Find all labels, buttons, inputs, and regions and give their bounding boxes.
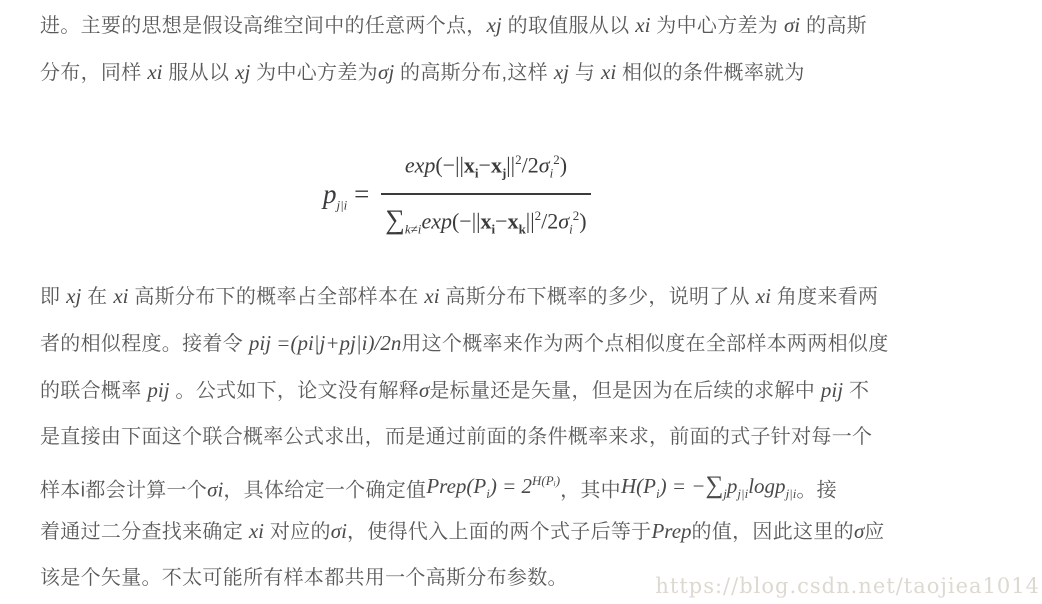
text-segment: k xyxy=(519,221,526,236)
text-segment: (−|| xyxy=(435,152,464,177)
text-segment: ) xyxy=(560,152,567,177)
text-segment: σj xyxy=(378,60,394,84)
paragraph-main: 即 xj 在 xi 高斯分布下的概率占全部样本在 xi 高斯分布下概率的多少，说… xyxy=(40,273,980,602)
text-segment: σi xyxy=(331,519,347,543)
text-segment: σ xyxy=(419,378,429,402)
text-line: 分布，同样 xi 服从以 xj 为中心方差为σj 的高斯分布,这样 xj 与 x… xyxy=(40,49,980,96)
text-segment: xi xyxy=(424,284,439,308)
text-segment: 与 xyxy=(569,62,601,84)
text-segment: 用这个概率来作为两个点相似度在全部样本两两相似度 xyxy=(401,333,888,355)
text-segment: p xyxy=(323,179,337,209)
text-segment: σ xyxy=(558,208,569,233)
text-segment: xi xyxy=(147,60,162,84)
text-line: 进。主要的思想是假设高维空间中的任意两个点，xj 的取值服从以 xi 为中心方差… xyxy=(40,2,980,49)
text-segment: pij xyxy=(147,378,169,402)
text-segment: 的值，因此这里的 xyxy=(692,521,854,543)
text-segment: 着通过二分查找来确定 xyxy=(40,521,249,543)
text-segment: 者的相似程度。接着令 xyxy=(40,333,249,355)
formula-lhs: pj|i = xyxy=(323,179,369,213)
text-segment: ∑ xyxy=(705,472,723,499)
text-line: 即 xj 在 xi 高斯分布下的概率占全部样本在 xi 高斯分布下概率的多少，说… xyxy=(40,273,980,320)
formula-numerator: exp(−||xi−xj||2/2σi2) xyxy=(395,144,577,193)
text-segment: 样本i都会计算一个 xyxy=(40,480,207,502)
text-segment: 的高斯 xyxy=(800,15,867,37)
text-line: 的联合概率 pij 。公式如下，论文没有解释σ是标量还是矢量，但是因为在后续的求… xyxy=(40,367,980,414)
formula-fraction: exp(−||xi−xj||2/2σi2) ∑k≠iexp(−||xi−xk||… xyxy=(381,144,590,247)
text-segment: ，其中 xyxy=(560,480,621,502)
text-segment: p xyxy=(727,474,738,498)
text-segment: 。接 xyxy=(796,480,837,502)
text-segment: ) = − xyxy=(660,474,706,498)
text-segment: 进。主要的思想是假设高维空间中的任意两个点， xyxy=(40,15,487,37)
text-segment: x xyxy=(464,152,475,177)
text-segment: xi xyxy=(249,519,264,543)
text-segment: xi xyxy=(601,60,616,84)
text-segment: i xyxy=(569,221,573,236)
text-segment: 高斯分布下概率的多少，说明了从 xyxy=(440,286,756,308)
text-segment: j|i xyxy=(737,486,748,501)
text-segment: 角度来看两 xyxy=(771,286,878,308)
text-segment: σi xyxy=(207,478,223,502)
text-segment: 对应的 xyxy=(264,521,331,543)
text-segment: 。公式如下，论文没有解释 xyxy=(170,380,419,402)
text-segment: ) xyxy=(579,208,586,233)
text-segment: 是直接由下面这个联合概率公式求出，而是通过前面的条件概率来求，前面的式子针对每一… xyxy=(40,426,872,448)
text-segment: (−|| xyxy=(452,208,481,233)
text-segment: σ xyxy=(854,519,864,543)
text-segment: x xyxy=(491,152,502,177)
text-segment: 的高斯分布,这样 xyxy=(394,62,554,84)
formula-denominator: ∑k≠iexp(−||xi−xk||2/2σi2) xyxy=(381,193,590,248)
text-segment: j|i xyxy=(337,197,348,212)
text-segment: ，使得代入上面的两个式子后等于 xyxy=(347,521,652,543)
text-segment: j|i xyxy=(786,486,797,501)
text-segment: 相似的条件概率就为 xyxy=(616,62,805,84)
text-segment: − xyxy=(479,152,491,177)
text-segment: ) = 2 xyxy=(490,474,532,498)
conditional-probability-formula: pj|i = exp(−||xi−xj||2/2σi2) ∑k≠iexp(−||… xyxy=(323,144,591,247)
text-segment: xj xyxy=(554,60,569,84)
text-segment: = xyxy=(347,179,369,209)
text-line: 是直接由下面这个联合概率公式求出，而是通过前面的条件概率来求，前面的式子针对每一… xyxy=(40,414,980,461)
text-segment: xi xyxy=(113,284,128,308)
text-segment: 应 xyxy=(864,521,884,543)
article-page: 进。主要的思想是假设高维空间中的任意两个点，xj 的取值服从以 xi 为中心方差… xyxy=(0,0,1042,604)
watermark-link: https://blog.csdn.net/taojiea1014 xyxy=(655,574,1040,598)
text-segment: σi xyxy=(784,13,800,37)
text-segment: H(P xyxy=(621,474,656,498)
text-segment: ，具体给定一个确定值 xyxy=(223,480,426,502)
text-segment: i xyxy=(550,166,554,181)
text-segment: 为中心方差为 xyxy=(650,15,784,37)
text-segment: 的联合概率 xyxy=(40,380,147,402)
text-segment: 服从以 xyxy=(163,62,236,84)
text-segment: pij =(pi|j+pj|i)/2n xyxy=(249,331,401,355)
text-line: 样本i都会计算一个σi，具体给定一个确定值Prep(Pi) = 2H(Pᵢ)，其… xyxy=(40,461,980,508)
text-segment: 即 xyxy=(40,286,66,308)
text-segment: xj xyxy=(66,284,81,308)
text-segment: /2 xyxy=(522,152,539,177)
text-segment: Prep xyxy=(651,519,691,543)
text-segment: 是标量还是矢量，但是因为在后续的求解中 xyxy=(429,380,821,402)
text-line: 者的相似程度。接着令 pij =(pi|j+pj|i)/2n用这个概率来作为两个… xyxy=(40,320,980,367)
text-segment: xj xyxy=(487,13,502,37)
text-segment: exp xyxy=(405,152,436,177)
text-segment: 的取值服从以 xyxy=(502,15,636,37)
text-segment: || xyxy=(526,208,535,233)
text-segment: Prep(P xyxy=(426,474,486,498)
text-segment: logp xyxy=(748,474,785,498)
text-segment: ∑ xyxy=(385,203,405,234)
text-line: 着通过二分查找来确定 xi 对应的σi，使得代入上面的两个式子后等于Prep的值… xyxy=(40,508,980,555)
text-segment: k≠i xyxy=(405,221,422,236)
text-segment: 在 xyxy=(81,286,113,308)
text-segment: − xyxy=(495,208,507,233)
text-segment: 分布，同样 xyxy=(40,62,147,84)
text-segment: x xyxy=(508,208,519,233)
text-segment: || xyxy=(506,152,515,177)
text-segment: 高斯分布下的概率占全部样本在 xyxy=(129,286,425,308)
text-segment: 不 xyxy=(843,380,869,402)
text-segment: /2 xyxy=(541,208,558,233)
text-segment: xi xyxy=(635,13,650,37)
text-segment: H(Pᵢ) xyxy=(532,473,560,488)
text-segment: xj xyxy=(235,60,250,84)
text-segment: pij xyxy=(821,378,843,402)
text-segment: 该是个矢量。不太可能所有样本都共用一个高斯分布参数。 xyxy=(40,567,568,589)
text-segment: xi xyxy=(756,284,771,308)
text-segment: σ xyxy=(539,152,550,177)
text-segment: x xyxy=(481,208,492,233)
text-segment: 为中心方差为 xyxy=(250,62,378,84)
text-segment: exp xyxy=(421,208,452,233)
paragraph-intro: 进。主要的思想是假设高维空间中的任意两个点，xj 的取值服从以 xi 为中心方差… xyxy=(40,2,980,96)
